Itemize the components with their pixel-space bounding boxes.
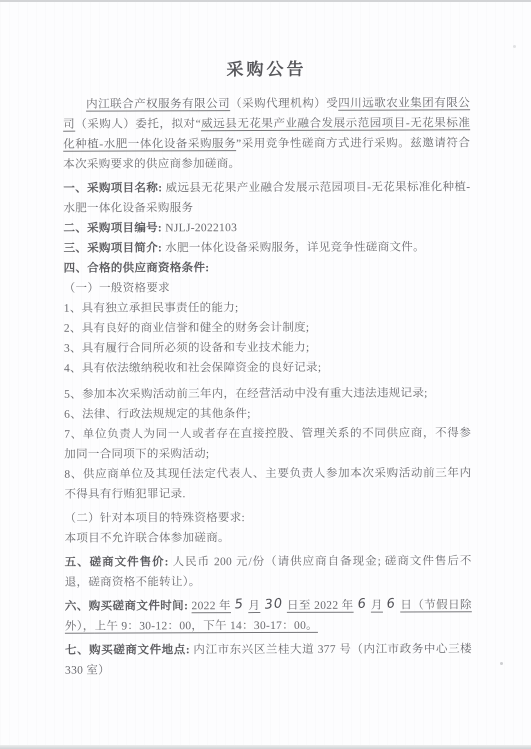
qualification-item: 6、法律、行政法规规定的其他条件; (64, 403, 471, 424)
section-label: 五、磋商文件售价: (65, 556, 169, 568)
section-project-name: 一、采购项目名称: 威远县无花果产业融合发展示范园项目-无花果标准化种植-水肥一… (63, 177, 470, 218)
section-label: 四、合格的供应商资格条件: (64, 262, 210, 275)
qualification-item: 4、具有依法缴纳税收和社会保障资金的良好记录; (64, 357, 471, 378)
section-label: 七、购买磋商文件地点: (65, 644, 190, 656)
special-requirements-header: （二）针对本项目的特殊资格要求: (64, 507, 471, 528)
section-label: 一、采购项目名称: (63, 182, 162, 194)
schedule-text: 月 (248, 600, 260, 612)
scan-edge-bottom (0, 745, 531, 749)
special-requirements-text: 本项目不允许联合体参加磋商。 (65, 527, 472, 548)
section-label: 六、购买磋商文件时间: (65, 600, 188, 612)
handwritten-month: 5 (230, 594, 249, 615)
schedule-text: 日至 2022 年 (287, 600, 354, 612)
intro-text-2: （采购人）委托，拟对“ (75, 118, 201, 130)
schedule-text: 上午 9：30-12：00，下午 14：30-17：00。 (95, 620, 318, 633)
section-text: 水肥一体化设备采购服务，详见竞争性磋商文件。 (165, 241, 425, 254)
qualification-item: 3、具有履行合同所必须的设备和专业技术能力; (64, 337, 471, 358)
intro-text-1: （采购代理机构）受 (230, 98, 338, 110)
schedule-text: 2022 年 (192, 600, 231, 612)
section-purchase-time: 六、购买磋商文件时间: 2022 年5月30日至 2022 年6月6日（节假日除… (65, 595, 472, 636)
intro-paragraph: 内江联合产权服务有限公司（采购代理机构）受四川远歌农业集团有限公司（采购人）委托… (63, 93, 470, 174)
page-title: 采购公告 (63, 57, 470, 82)
document-body: 采购公告 内江联合产权服务有限公司（采购代理机构）受四川远歌农业集团有限公司（采… (63, 57, 472, 680)
scan-edge-top (0, 0, 531, 2)
qualification-item: 7、单位负责人为同一人或者存在直接控股、管理关系的不同供应商，不得参加同一合同项… (64, 423, 471, 464)
scan-page: 采购公告 内江联合产权服务有限公司（采购代理机构）受四川远歌农业集团有限公司（采… (0, 0, 531, 749)
section-label: 二、采购项目编号: (63, 222, 162, 234)
qualification-item: 2、具有良好的商业信誉和健全的财务会计制度; (64, 317, 471, 338)
handwritten-day: 6 (382, 594, 401, 615)
section-document-price: 五、磋商文件售价: 人民币 200 元/份（请供应商自备现金; 磋商文件售后不退… (65, 551, 472, 592)
qualification-item: 1、具有独立承担民事责任的能力; (64, 297, 471, 318)
section-text: NJLJ-2022103 (165, 222, 237, 234)
section-label: 三、采购项目简介: (64, 242, 163, 254)
section-qualification-header: 四、合格的供应商资格条件: (64, 257, 471, 278)
scan-speck (500, 662, 503, 665)
agency-name: 内江联合产权服务有限公司 (86, 98, 230, 111)
section-project-number: 二、采购项目编号: NJLJ-2022103 (63, 217, 470, 238)
qualification-item: 5、参加本次采购活动前三年内，在经营活动中没有重大违法违规记录; (64, 383, 471, 404)
schedule-text: 月 (371, 600, 383, 612)
section-project-brief: 三、采购项目简介: 水肥一体化设备采购服务，详见竞争性磋商文件。 (64, 237, 471, 258)
general-requirements-header: （一）一般资格要求 (64, 277, 471, 298)
handwritten-day: 30 (259, 594, 287, 616)
scan-speck (513, 45, 516, 48)
handwritten-month: 6 (353, 594, 372, 615)
section-purchase-place: 七、购买磋商文件地点: 内江市东兴区兰桂大道 377 号（内江市政务中心三楼 3… (65, 639, 472, 680)
qualification-item: 8、供应商单位及其现任法定代表人、主要负责人参加本次采购活动前三年内不得具有行贿… (64, 463, 471, 504)
